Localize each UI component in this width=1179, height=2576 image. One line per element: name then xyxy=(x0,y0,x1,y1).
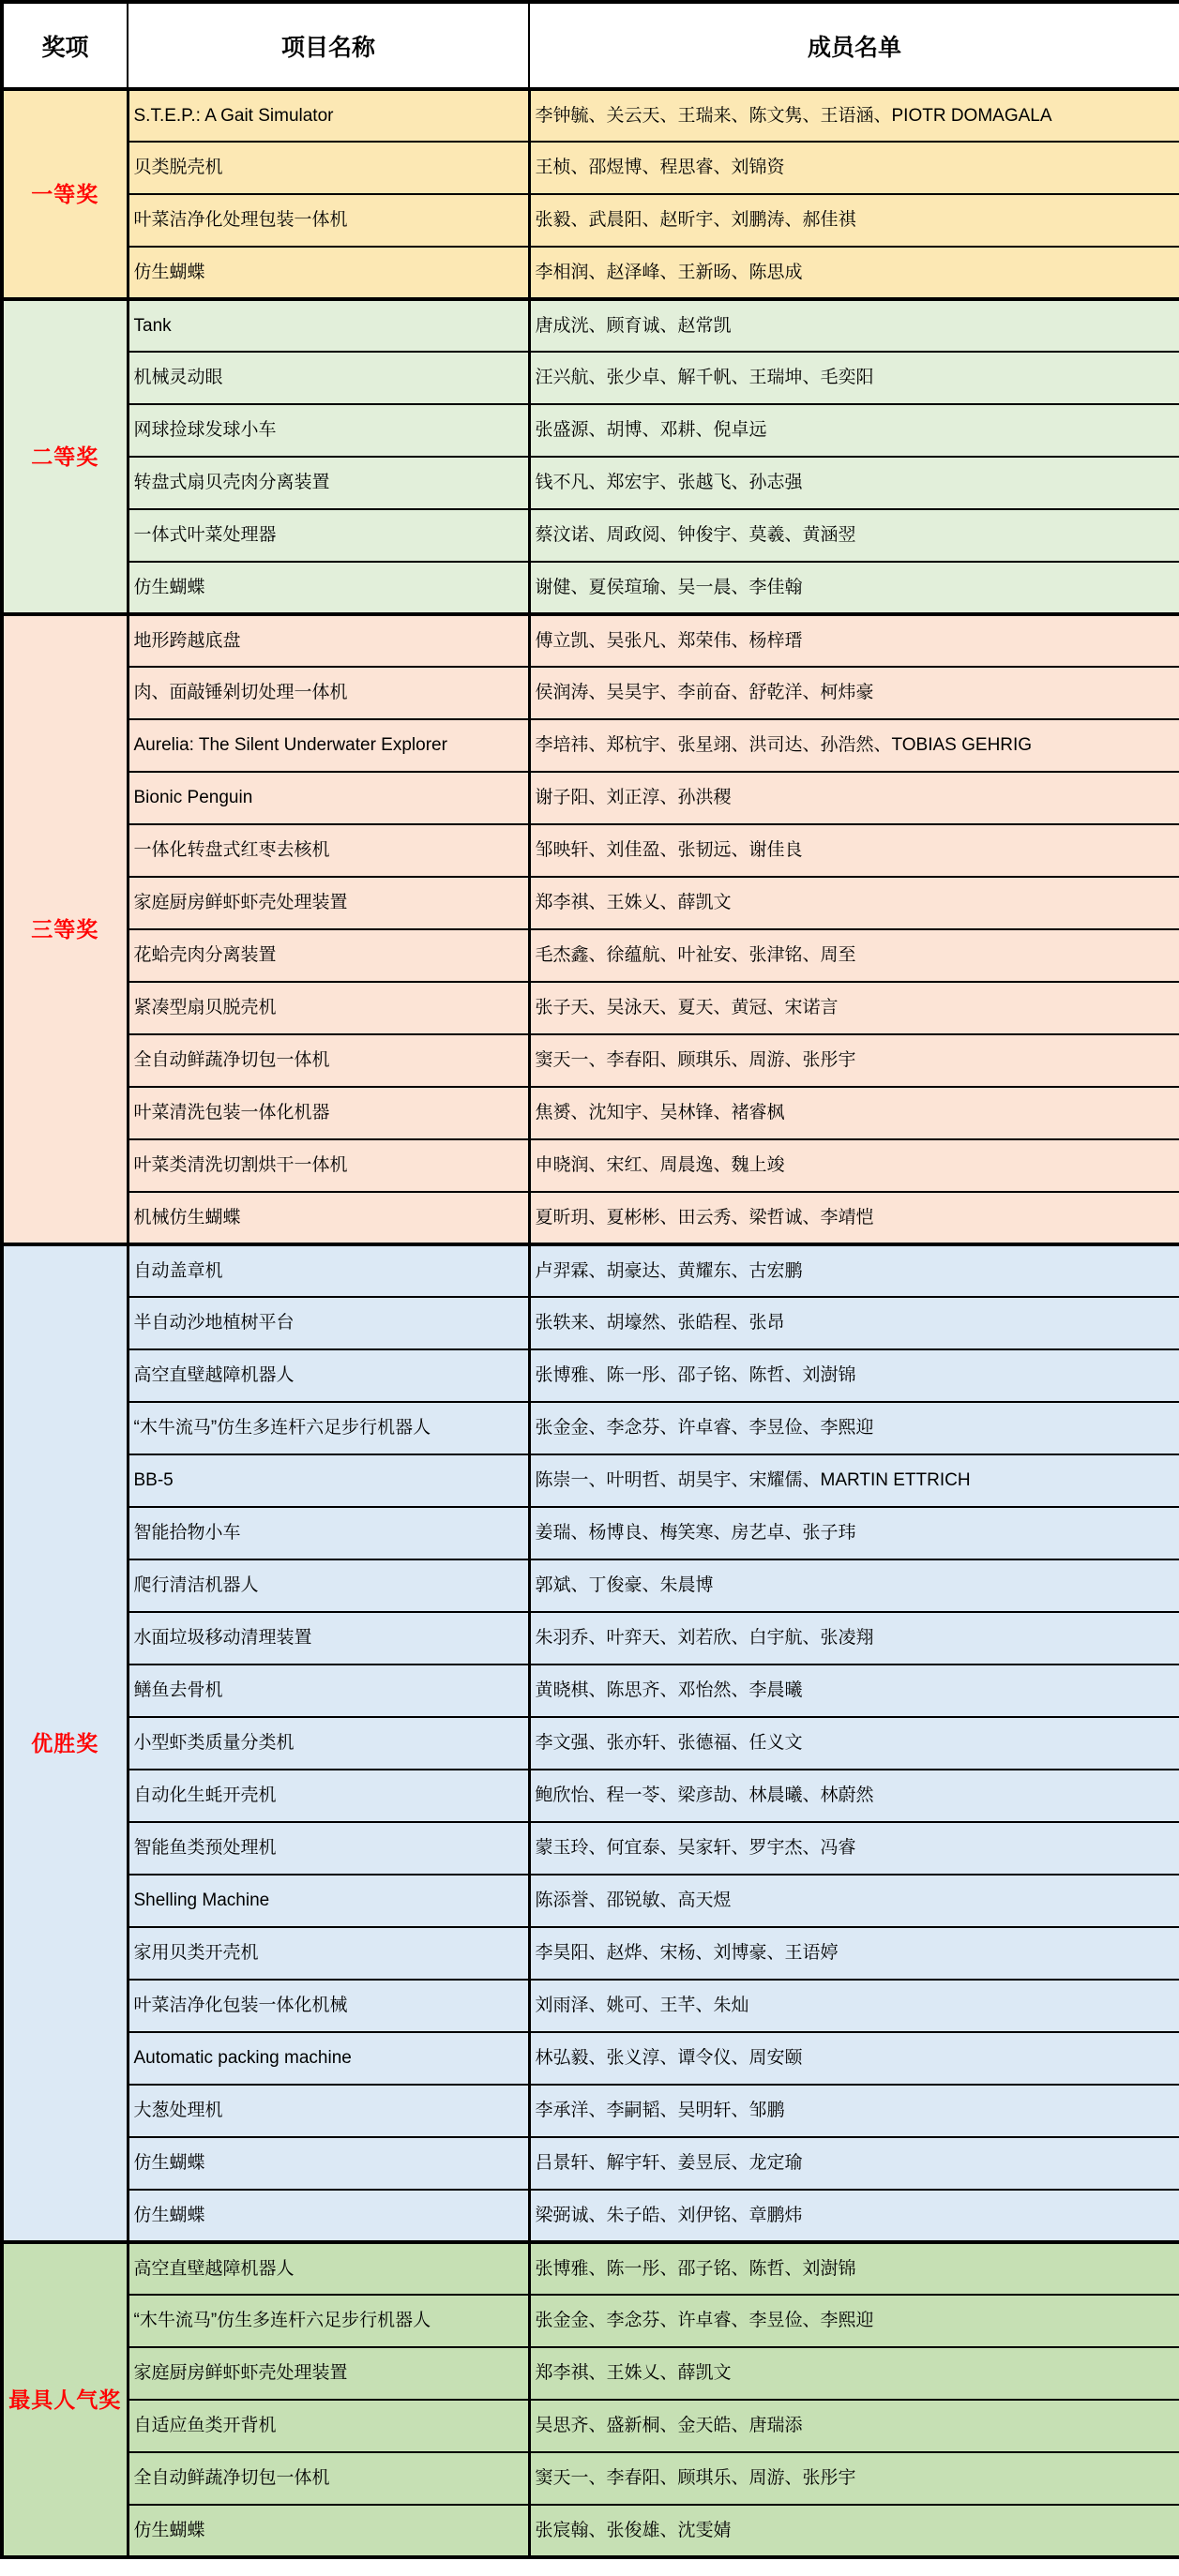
members-cell: 郭斌、丁俊豪、朱晨博 xyxy=(529,1559,1179,1612)
table-row: 智能拾物小车姜瑞、杨博良、梅笑寒、房艺卓、张子玮 xyxy=(2,1507,1179,1559)
table-row: 仿生蝴蝶梁弼诚、朱子皓、刘伊铭、章鹏炜 xyxy=(2,2190,1179,2242)
project-cell: 一体化转盘式红枣去核机 xyxy=(128,824,529,877)
project-cell: 鳝鱼去骨机 xyxy=(128,1665,529,1717)
members-cell: 朱羽乔、叶弈天、刘若欣、白宇航、张凌翔 xyxy=(529,1612,1179,1665)
project-cell: Tank xyxy=(128,299,529,352)
project-cell: 转盘式扇贝壳肉分离装置 xyxy=(128,457,529,509)
table-row: 爬行清洁机器人郭斌、丁俊豪、朱晨博 xyxy=(2,1559,1179,1612)
table-body: 一等奖S.T.E.P.: A Gait Simulator李钟毓、关云天、王瑞来… xyxy=(2,89,1179,2557)
table-header: 奖项 项目名称 成员名单 xyxy=(2,2,1179,89)
members-cell: 唐成洸、顾育诚、赵常凯 xyxy=(529,299,1179,352)
members-cell: 汪兴航、张少卓、解千帆、王瑞坤、毛奕阳 xyxy=(529,352,1179,404)
project-cell: 叶菜洁净化处理包装一体机 xyxy=(128,194,529,247)
project-cell: “木牛流马”仿生多连杆六足步行机器人 xyxy=(128,2295,529,2347)
members-cell: 李承洋、李嗣韬、吴明轩、邹鹏 xyxy=(529,2085,1179,2137)
members-cell: 钱不凡、郑宏宇、张越飞、孙志强 xyxy=(529,457,1179,509)
table-row: 叶菜洁净化处理包装一体机张毅、武晨阳、赵昕宇、刘鹏涛、郝佳祺 xyxy=(2,194,1179,247)
members-cell: 张博雅、陈一彤、邵子铭、陈哲、刘澍锦 xyxy=(529,2242,1179,2295)
award-cell: 二等奖 xyxy=(2,299,128,614)
project-cell: 贝类脱壳机 xyxy=(128,142,529,194)
table-row: 家庭厨房鲜虾虾壳处理装置郑李祺、王姝乂、薛凯文 xyxy=(2,877,1179,929)
table-row: 水面垃圾移动清理装置朱羽乔、叶弈天、刘若欣、白宇航、张凌翔 xyxy=(2,1612,1179,1665)
table-row: 花蛤壳肉分离装置毛杰鑫、徐蕴航、叶祉安、张津铭、周至 xyxy=(2,929,1179,982)
project-cell: 自动化生蚝开壳机 xyxy=(128,1770,529,1822)
table-row: Bionic Penguin谢子阳、刘正淳、孙洪稷 xyxy=(2,772,1179,824)
project-cell: 家用贝类开壳机 xyxy=(128,1927,529,1980)
members-cell: 张毅、武晨阳、赵昕宇、刘鹏涛、郝佳祺 xyxy=(529,194,1179,247)
table-row: 小型虾类质量分类机李文强、张亦轩、张德福、任义文 xyxy=(2,1717,1179,1770)
table-row: 紧凑型扇贝脱壳机张子天、吴泳天、夏天、黄冠、宋诺言 xyxy=(2,982,1179,1034)
project-cell: 紧凑型扇贝脱壳机 xyxy=(128,982,529,1034)
table-row: 家庭厨房鲜虾虾壳处理装置郑李祺、王姝乂、薛凯文 xyxy=(2,2347,1179,2400)
members-cell: 李相润、赵泽峰、王新旸、陈思成 xyxy=(529,247,1179,299)
table-row: 肉、面敲锤剁切处理一体机侯润涛、吴昊宇、李前奋、舒乾洋、柯炜豪 xyxy=(2,667,1179,719)
project-cell: 自动盖章机 xyxy=(128,1244,529,1297)
project-cell: 小型虾类质量分类机 xyxy=(128,1717,529,1770)
members-cell: 郑李祺、王姝乂、薛凯文 xyxy=(529,877,1179,929)
members-cell: 窦天一、李春阳、顾琪乐、周游、张彤宇 xyxy=(529,2452,1179,2505)
members-cell: 傅立凯、吴张凡、郑荣伟、杨梓瑨 xyxy=(529,614,1179,667)
table-row: 贝类脱壳机王桢、邵煜博、程思睿、刘锦资 xyxy=(2,142,1179,194)
project-cell: 叶菜类清洗切割烘干一体机 xyxy=(128,1139,529,1192)
table-row: “木牛流马”仿生多连杆六足步行机器人张金金、李念芬、许卓睿、李昱俭、李熙迎 xyxy=(2,2295,1179,2347)
table-row: 叶菜类清洗切割烘干一体机申晓润、宋红、周晨逸、魏上竣 xyxy=(2,1139,1179,1192)
members-cell: 毛杰鑫、徐蕴航、叶祉安、张津铭、周至 xyxy=(529,929,1179,982)
header-members: 成员名单 xyxy=(529,2,1179,89)
project-cell: 智能拾物小车 xyxy=(128,1507,529,1559)
table-row: 鳝鱼去骨机黄晓棋、陈思齐、邓怡然、李晨曦 xyxy=(2,1665,1179,1717)
table-row: 家用贝类开壳机李昊阳、赵烨、宋杨、刘博豪、王语婷 xyxy=(2,1927,1179,1980)
header-row: 奖项 项目名称 成员名单 xyxy=(2,2,1179,89)
table-row: 一体式叶菜处理器蔡汶诺、周政阅、钟俊宇、莫羲、黄涵翌 xyxy=(2,509,1179,562)
project-cell: 家庭厨房鲜虾虾壳处理装置 xyxy=(128,2347,529,2400)
table-row: Shelling Machine陈添誉、邵锐敏、高天煜 xyxy=(2,1875,1179,1927)
project-cell: Bionic Penguin xyxy=(128,772,529,824)
members-cell: 蔡汶诺、周政阅、钟俊宇、莫羲、黄涵翌 xyxy=(529,509,1179,562)
members-cell: 林弘毅、张义淳、谭令仪、周安颐 xyxy=(529,2032,1179,2085)
members-cell: 陈崇一、叶明哲、胡昊宇、宋耀儒、MARTIN ETTRICH xyxy=(529,1454,1179,1507)
project-cell: 机械仿生蝴蝶 xyxy=(128,1192,529,1244)
table-row: 仿生蝴蝶李相润、赵泽峰、王新旸、陈思成 xyxy=(2,247,1179,299)
members-cell: 张博雅、陈一彤、邵子铭、陈哲、刘澍锦 xyxy=(529,1349,1179,1402)
members-cell: 刘雨泽、姚可、王芊、朱灿 xyxy=(529,1980,1179,2032)
table-row: 最具人气奖高空直壁越障机器人张博雅、陈一彤、邵子铭、陈哲、刘澍锦 xyxy=(2,2242,1179,2295)
members-cell: 李培祎、郑杭宇、张星翊、洪司达、孙浩然、TOBIAS GEHRIG xyxy=(529,719,1179,772)
project-cell: 爬行清洁机器人 xyxy=(128,1559,529,1612)
project-cell: 智能鱼类预处理机 xyxy=(128,1822,529,1875)
project-cell: 机械灵动眼 xyxy=(128,352,529,404)
members-cell: 邹映轩、刘佳盈、张韧远、谢佳良 xyxy=(529,824,1179,877)
members-cell: 鲍欣怡、程一苓、梁彦劼、林晨曦、林蔚然 xyxy=(529,1770,1179,1822)
project-cell: BB-5 xyxy=(128,1454,529,1507)
table-row: 机械仿生蝴蝶夏昕玥、夏彬彬、田云秀、梁哲诚、李靖恺 xyxy=(2,1192,1179,1244)
members-cell: 蒙玉玲、何宜泰、吴家轩、罗宇杰、冯睿 xyxy=(529,1822,1179,1875)
project-cell: 叶菜洁净化包装一体化机械 xyxy=(128,1980,529,2032)
table-row: 叶菜洁净化包装一体化机械刘雨泽、姚可、王芊、朱灿 xyxy=(2,1980,1179,2032)
project-cell: 仿生蝴蝶 xyxy=(128,2190,529,2242)
table-row: 自动化生蚝开壳机鲍欣怡、程一苓、梁彦劼、林晨曦、林蔚然 xyxy=(2,1770,1179,1822)
award-cell: 三等奖 xyxy=(2,614,128,1244)
table-row: 仿生蝴蝶吕景轩、解宇轩、姜昱辰、龙定瑜 xyxy=(2,2137,1179,2190)
project-cell: 仿生蝴蝶 xyxy=(128,247,529,299)
table-row: 仿生蝴蝶张宸翰、张俊雄、沈雯婧 xyxy=(2,2505,1179,2557)
members-cell: 窦天一、李春阳、顾琪乐、周游、张彤宇 xyxy=(529,1034,1179,1087)
table-row: 高空直壁越障机器人张博雅、陈一彤、邵子铭、陈哲、刘澍锦 xyxy=(2,1349,1179,1402)
table-row: 全自动鲜蔬净切包一体机窦天一、李春阳、顾琪乐、周游、张彤宇 xyxy=(2,2452,1179,2505)
project-cell: Automatic packing machine xyxy=(128,2032,529,2085)
project-cell: 花蛤壳肉分离装置 xyxy=(128,929,529,982)
project-cell: 自适应鱼类开背机 xyxy=(128,2400,529,2452)
table-row: 优胜奖自动盖章机卢羿霖、胡豪达、黄耀东、古宏鹏 xyxy=(2,1244,1179,1297)
project-cell: 高空直壁越障机器人 xyxy=(128,1349,529,1402)
project-cell: 全自动鲜蔬净切包一体机 xyxy=(128,1034,529,1087)
project-cell: 仿生蝴蝶 xyxy=(128,2137,529,2190)
table-row: 叶菜清洗包装一体化机器焦赟、沈知宇、吴林锋、褚睿枫 xyxy=(2,1087,1179,1139)
project-cell: 网球捡球发球小车 xyxy=(128,404,529,457)
members-cell: 张宸翰、张俊雄、沈雯婧 xyxy=(529,2505,1179,2557)
project-cell: S.T.E.P.: A Gait Simulator xyxy=(128,89,529,142)
table-row: 智能鱼类预处理机蒙玉玲、何宜泰、吴家轩、罗宇杰、冯睿 xyxy=(2,1822,1179,1875)
project-cell: 仿生蝴蝶 xyxy=(128,562,529,614)
project-cell: Shelling Machine xyxy=(128,1875,529,1927)
members-cell: 陈添誉、邵锐敏、高天煜 xyxy=(529,1875,1179,1927)
members-cell: 郑李祺、王姝乂、薛凯文 xyxy=(529,2347,1179,2400)
members-cell: 李钟毓、关云天、王瑞来、陈文隽、王语涵、PIOTR DOMAGALA xyxy=(529,89,1179,142)
members-cell: 申晓润、宋红、周晨逸、魏上竣 xyxy=(529,1139,1179,1192)
project-cell: 水面垃圾移动清理装置 xyxy=(128,1612,529,1665)
table-row: Automatic packing machine林弘毅、张义淳、谭令仪、周安颐 xyxy=(2,2032,1179,2085)
project-cell: 叶菜清洗包装一体化机器 xyxy=(128,1087,529,1139)
members-cell: 谢子阳、刘正淳、孙洪稷 xyxy=(529,772,1179,824)
members-cell: 姜瑞、杨博良、梅笑寒、房艺卓、张子玮 xyxy=(529,1507,1179,1559)
table-row: 转盘式扇贝壳肉分离装置钱不凡、郑宏宇、张越飞、孙志强 xyxy=(2,457,1179,509)
members-cell: 卢羿霖、胡豪达、黄耀东、古宏鹏 xyxy=(529,1244,1179,1297)
project-cell: Aurelia: The Silent Underwater Explorer xyxy=(128,719,529,772)
members-cell: 张盛源、胡博、邓耕、倪卓远 xyxy=(529,404,1179,457)
table-row: Aurelia: The Silent Underwater Explorer李… xyxy=(2,719,1179,772)
members-cell: 夏昕玥、夏彬彬、田云秀、梁哲诚、李靖恺 xyxy=(529,1192,1179,1244)
project-cell: 肉、面敲锤剁切处理一体机 xyxy=(128,667,529,719)
table-row: “木牛流马”仿生多连杆六足步行机器人张金金、李念芬、许卓睿、李昱俭、李熙迎 xyxy=(2,1402,1179,1454)
award-cell: 一等奖 xyxy=(2,89,128,299)
project-cell: “木牛流马”仿生多连杆六足步行机器人 xyxy=(128,1402,529,1454)
members-cell: 焦赟、沈知宇、吴林锋、褚睿枫 xyxy=(529,1087,1179,1139)
award-cell: 优胜奖 xyxy=(2,1244,128,2242)
table-row: 一体化转盘式红枣去核机邹映轩、刘佳盈、张韧远、谢佳良 xyxy=(2,824,1179,877)
members-cell: 李昊阳、赵烨、宋杨、刘博豪、王语婷 xyxy=(529,1927,1179,1980)
members-cell: 黄晓棋、陈思齐、邓怡然、李晨曦 xyxy=(529,1665,1179,1717)
project-cell: 家庭厨房鲜虾虾壳处理装置 xyxy=(128,877,529,929)
award-cell: 最具人气奖 xyxy=(2,2242,128,2557)
awards-table: 奖项 项目名称 成员名单 一等奖S.T.E.P.: A Gait Simulat… xyxy=(0,0,1179,2559)
table-row: 仿生蝴蝶谢健、夏侯瑄瑜、吴一晨、李佳翰 xyxy=(2,562,1179,614)
table-row: 三等奖地形跨越底盘傅立凯、吴张凡、郑荣伟、杨梓瑨 xyxy=(2,614,1179,667)
header-award: 奖项 xyxy=(2,2,128,89)
project-cell: 半自动沙地植树平台 xyxy=(128,1297,529,1349)
members-cell: 张子天、吴泳天、夏天、黄冠、宋诺言 xyxy=(529,982,1179,1034)
project-cell: 大葱处理机 xyxy=(128,2085,529,2137)
table-row: BB-5陈崇一、叶明哲、胡昊宇、宋耀儒、MARTIN ETTRICH xyxy=(2,1454,1179,1507)
members-cell: 张金金、李念芬、许卓睿、李昱俭、李熙迎 xyxy=(529,2295,1179,2347)
project-cell: 一体式叶菜处理器 xyxy=(128,509,529,562)
members-cell: 侯润涛、吴昊宇、李前奋、舒乾洋、柯炜豪 xyxy=(529,667,1179,719)
table-row: 网球捡球发球小车张盛源、胡博、邓耕、倪卓远 xyxy=(2,404,1179,457)
table-row: 大葱处理机李承洋、李嗣韬、吴明轩、邹鹏 xyxy=(2,2085,1179,2137)
project-cell: 仿生蝴蝶 xyxy=(128,2505,529,2557)
members-cell: 吕景轩、解宇轩、姜昱辰、龙定瑜 xyxy=(529,2137,1179,2190)
table-row: 机械灵动眼汪兴航、张少卓、解千帆、王瑞坤、毛奕阳 xyxy=(2,352,1179,404)
members-cell: 张轶来、胡壕然、张皓程、张昂 xyxy=(529,1297,1179,1349)
table-row: 二等奖Tank唐成洸、顾育诚、赵常凯 xyxy=(2,299,1179,352)
project-cell: 全自动鲜蔬净切包一体机 xyxy=(128,2452,529,2505)
members-cell: 梁弼诚、朱子皓、刘伊铭、章鹏炜 xyxy=(529,2190,1179,2242)
members-cell: 吴思齐、盛新桐、金天皓、唐瑞添 xyxy=(529,2400,1179,2452)
header-project: 项目名称 xyxy=(128,2,529,89)
table-row: 半自动沙地植树平台张轶来、胡壕然、张皓程、张昂 xyxy=(2,1297,1179,1349)
members-cell: 谢健、夏侯瑄瑜、吴一晨、李佳翰 xyxy=(529,562,1179,614)
table-row: 自适应鱼类开背机吴思齐、盛新桐、金天皓、唐瑞添 xyxy=(2,2400,1179,2452)
table-row: 一等奖S.T.E.P.: A Gait Simulator李钟毓、关云天、王瑞来… xyxy=(2,89,1179,142)
members-cell: 李文强、张亦轩、张德福、任义文 xyxy=(529,1717,1179,1770)
members-cell: 王桢、邵煜博、程思睿、刘锦资 xyxy=(529,142,1179,194)
project-cell: 地形跨越底盘 xyxy=(128,614,529,667)
members-cell: 张金金、李念芬、许卓睿、李昱俭、李熙迎 xyxy=(529,1402,1179,1454)
project-cell: 高空直壁越障机器人 xyxy=(128,2242,529,2295)
table-row: 全自动鲜蔬净切包一体机窦天一、李春阳、顾琪乐、周游、张彤宇 xyxy=(2,1034,1179,1087)
